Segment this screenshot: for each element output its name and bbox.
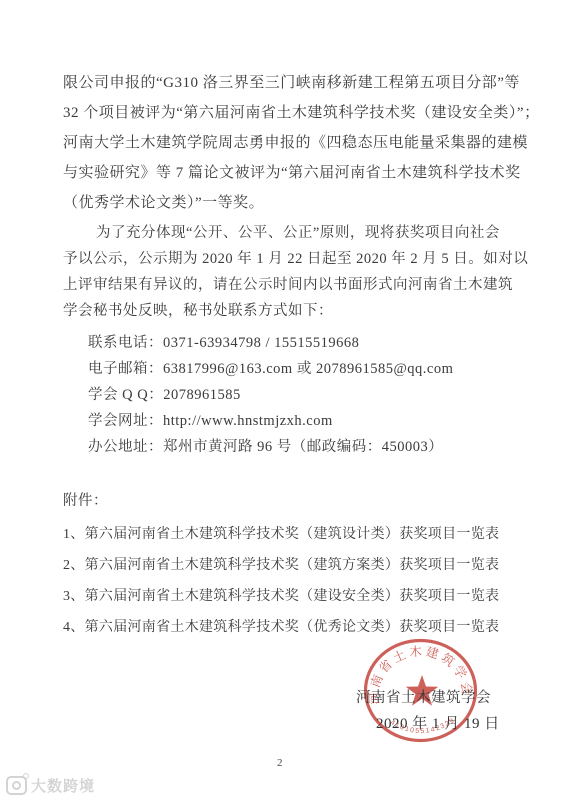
page-number: 2	[277, 757, 283, 769]
watermark: 大数跨境	[6, 775, 95, 795]
attachment-item: 2、第六届河南省土木建筑科学技术奖（建筑方案类）获奖项目一览表	[63, 550, 523, 581]
attachments-list: 1、第六届河南省土木建筑科学技术奖（建筑设计类）获奖项目一览表 2、第六届河南省…	[63, 519, 523, 643]
paragraph-line: 予以公示，公示期为 2020 年 1 月 22 日起至 2020 年 2 月 5…	[63, 246, 523, 272]
paragraph-publicity: 为了充分体现“公开、公平、公正”原则，现将获奖项目向社会 予以公示，公示期为 2…	[63, 220, 523, 324]
paragraph-awards: 限公司申报的“G310 洛三界至三门峡南移新建工程第五项目分部”等 32 个项目…	[63, 68, 523, 218]
paragraph-line: 上评审结果有异议的，请在公示时间内以书面形式向河南省土木建筑	[63, 272, 523, 298]
watermark-logo-icon	[6, 776, 27, 795]
paragraph-line: 与实验研究》等 7 篇论文被评为“第六届河南省土木建筑科学技术奖	[63, 158, 523, 188]
paragraph-line: 限公司申报的“G310 洛三界至三门峡南移新建工程第五项目分部”等	[63, 68, 523, 98]
contact-info-block: 联系电话：0371-63934798 / 15515519668 电子邮箱：63…	[88, 330, 528, 460]
attachment-item: 3、第六届河南省土木建筑科学技术奖（建设安全类）获奖项目一览表	[63, 581, 523, 612]
watermark-text: 大数跨境	[31, 775, 95, 796]
paragraph-line: 为了充分体现“公开、公平、公正”原则，现将获奖项目向社会	[63, 220, 523, 246]
contact-address-line: 办公地址：郑州市黄河路 96 号（邮政编码：450003）	[88, 434, 528, 460]
contact-website-line: 学会网址：http://www.hnstmjzxh.com	[88, 408, 528, 434]
attachment-item: 1、第六届河南省土木建筑科学技术奖（建筑设计类）获奖项目一览表	[63, 519, 523, 550]
contact-email-line: 电子邮箱：63817996@163.com 或 2078961585@qq.co…	[88, 356, 528, 382]
signature-organization: 河南省土木建筑学会	[356, 686, 491, 707]
signature-date: 2020 年 1 月 19 日	[376, 712, 500, 733]
contact-qq-line: 学会 Q Q：2078961585	[88, 382, 528, 408]
paragraph-line: 河南大学土木建筑学院周志勇申报的《四稳态压电能量采集器的建模	[63, 128, 523, 158]
attachments-title: 附件：	[63, 489, 108, 510]
paragraph-line: 学会秘书处反映，秘书处联系方式如下：	[63, 298, 523, 324]
contact-phone-line: 联系电话：0371-63934798 / 15515519668	[88, 330, 528, 356]
paragraph-line: （优秀学术论文类）”一等奖。	[63, 188, 523, 218]
scanned-document-page: 限公司申报的“G310 洛三界至三门峡南移新建工程第五项目分部”等 32 个项目…	[0, 0, 565, 800]
paragraph-line: 32 个项目被评为“第六届河南省土木建筑科学技术奖（建设安全类）”；	[63, 98, 523, 128]
